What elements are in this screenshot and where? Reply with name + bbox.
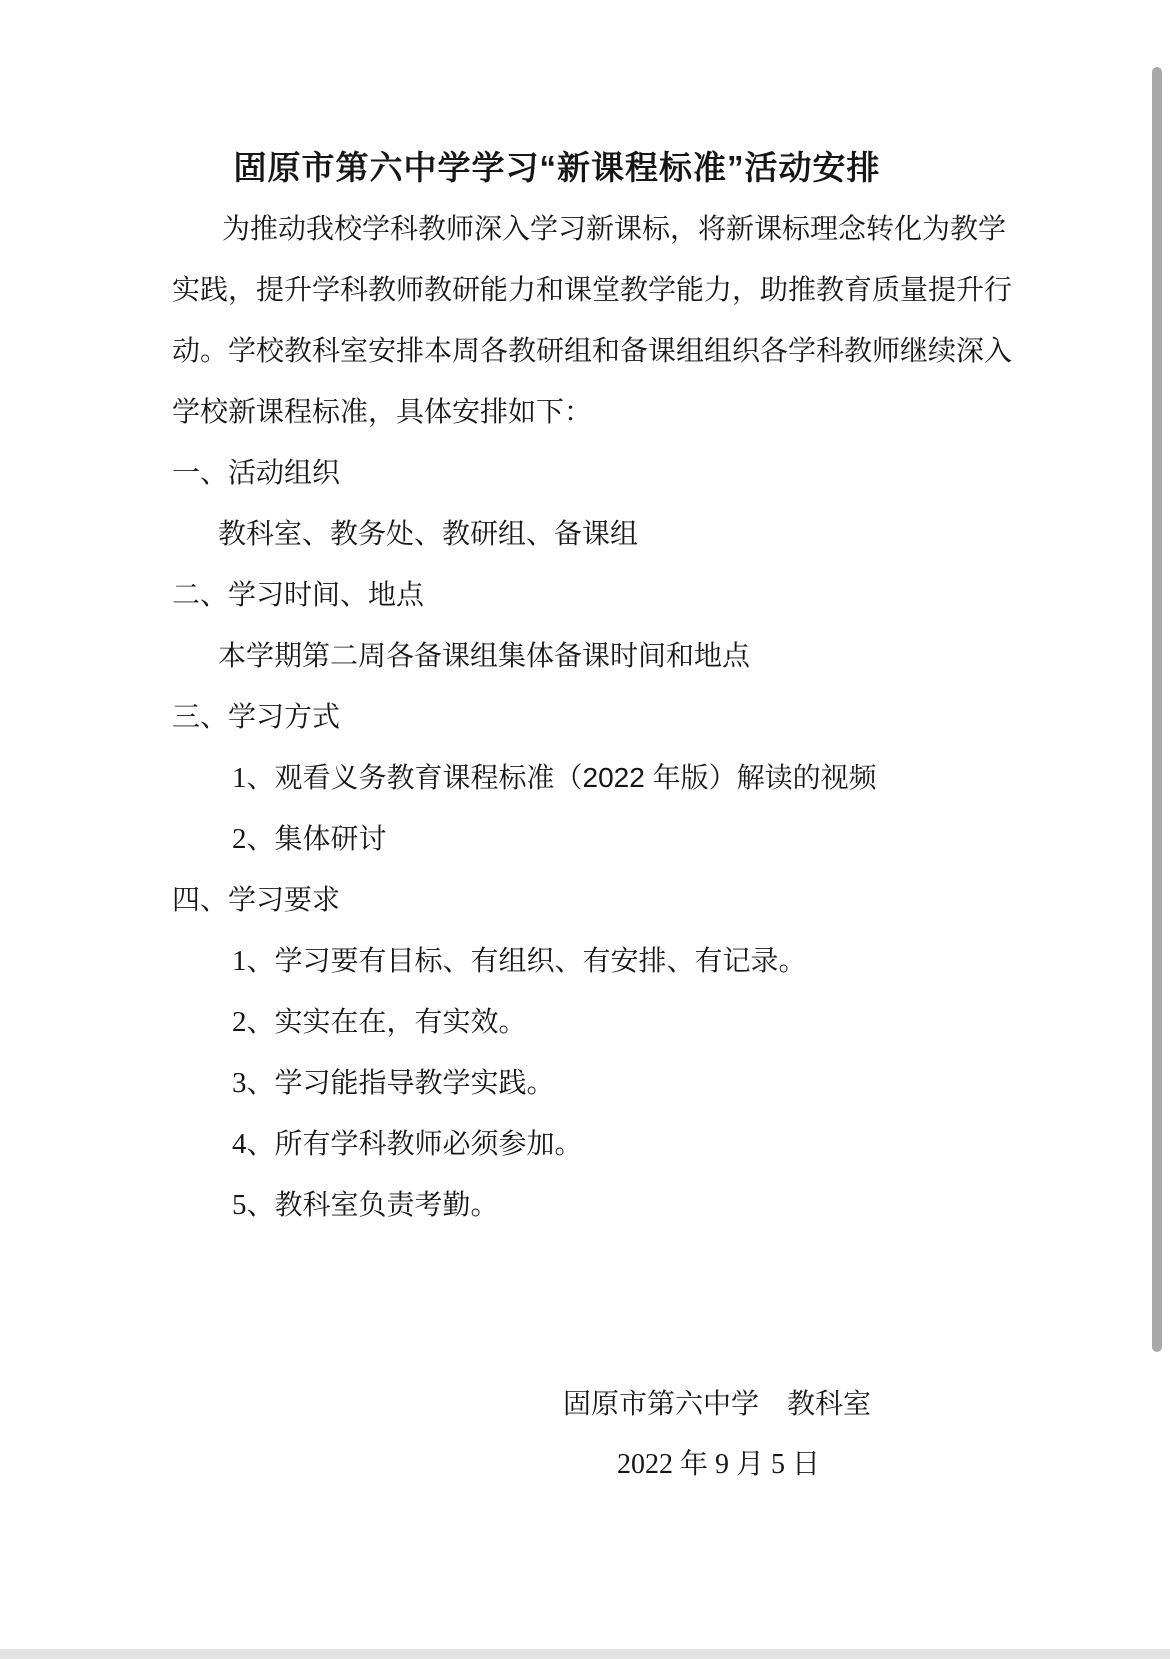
item-number: 1 xyxy=(232,945,247,977)
signature-line: 固原市第六中学 教科室 xyxy=(0,1373,1114,1434)
text-line: 1、观看义务教育课程标准（2022 年版）解读的视频 xyxy=(0,747,1114,808)
document-body: 固原市第六中学学习“新课程标准”活动安排 为推动我校学科教师深入学习新课标，将新… xyxy=(0,0,1114,1495)
item-number: 3 xyxy=(232,1067,247,1099)
scrollbar-thumb[interactable] xyxy=(1152,67,1162,1352)
text-line: 动。学校教科室安排本周各教研组和备课组组织各学科教师继续深入 xyxy=(0,320,1114,381)
text-line: 2、实实在在，有实效。 xyxy=(0,991,1114,1052)
text-line: 5、教科室负责考勤。 xyxy=(0,1174,1114,1235)
text-line: 本学期第二周各备课组集体备课时间和地点 xyxy=(0,625,1114,686)
date-line: 2022 年 9 月 5 日 xyxy=(0,1434,1114,1495)
text-line: 学校新课程标准，具体安排如下： xyxy=(0,381,1114,442)
text-line: 为推动我校学科教师深入学习新课标，将新课标理念转化为教学 xyxy=(0,198,1114,259)
text-line: 2、集体研讨 xyxy=(0,808,1114,869)
text-line: 四、学习要求 xyxy=(0,869,1114,930)
text-line: 实践，提升学科教师教研能力和课堂教学能力，助推教育质量提升行 xyxy=(0,259,1114,320)
item-number: 2 xyxy=(232,823,247,855)
text-line: 二、学习时间、地点 xyxy=(0,564,1114,625)
document-lines: 为推动我校学科教师深入学习新课标，将新课标理念转化为教学实践，提升学科教师教研能… xyxy=(0,198,1114,1235)
text-line: 教科室、教务处、教研组、备课组 xyxy=(0,503,1114,564)
text-line: 4、所有学科教师必须参加。 xyxy=(0,1113,1114,1174)
text-line: 三、学习方式 xyxy=(0,686,1114,747)
item-number: 1 xyxy=(232,762,247,794)
document-title: 固原市第六中学学习“新课程标准”活动安排 xyxy=(0,137,1114,198)
item-number: 5 xyxy=(232,1189,247,1221)
text-line: 一、活动组织 xyxy=(0,442,1114,503)
text-line: 3、学习能指导教学实践。 xyxy=(0,1052,1114,1113)
bottom-edge-bar xyxy=(0,1649,1170,1659)
document-page: { "document": { "title": "固原市第六中学学习“新课程标… xyxy=(0,0,1170,1659)
item-number: 4 xyxy=(232,1128,247,1160)
text-line: 1、学习要有目标、有组织、有安排、有记录。 xyxy=(0,930,1114,991)
item-number: 2 xyxy=(232,1006,247,1038)
